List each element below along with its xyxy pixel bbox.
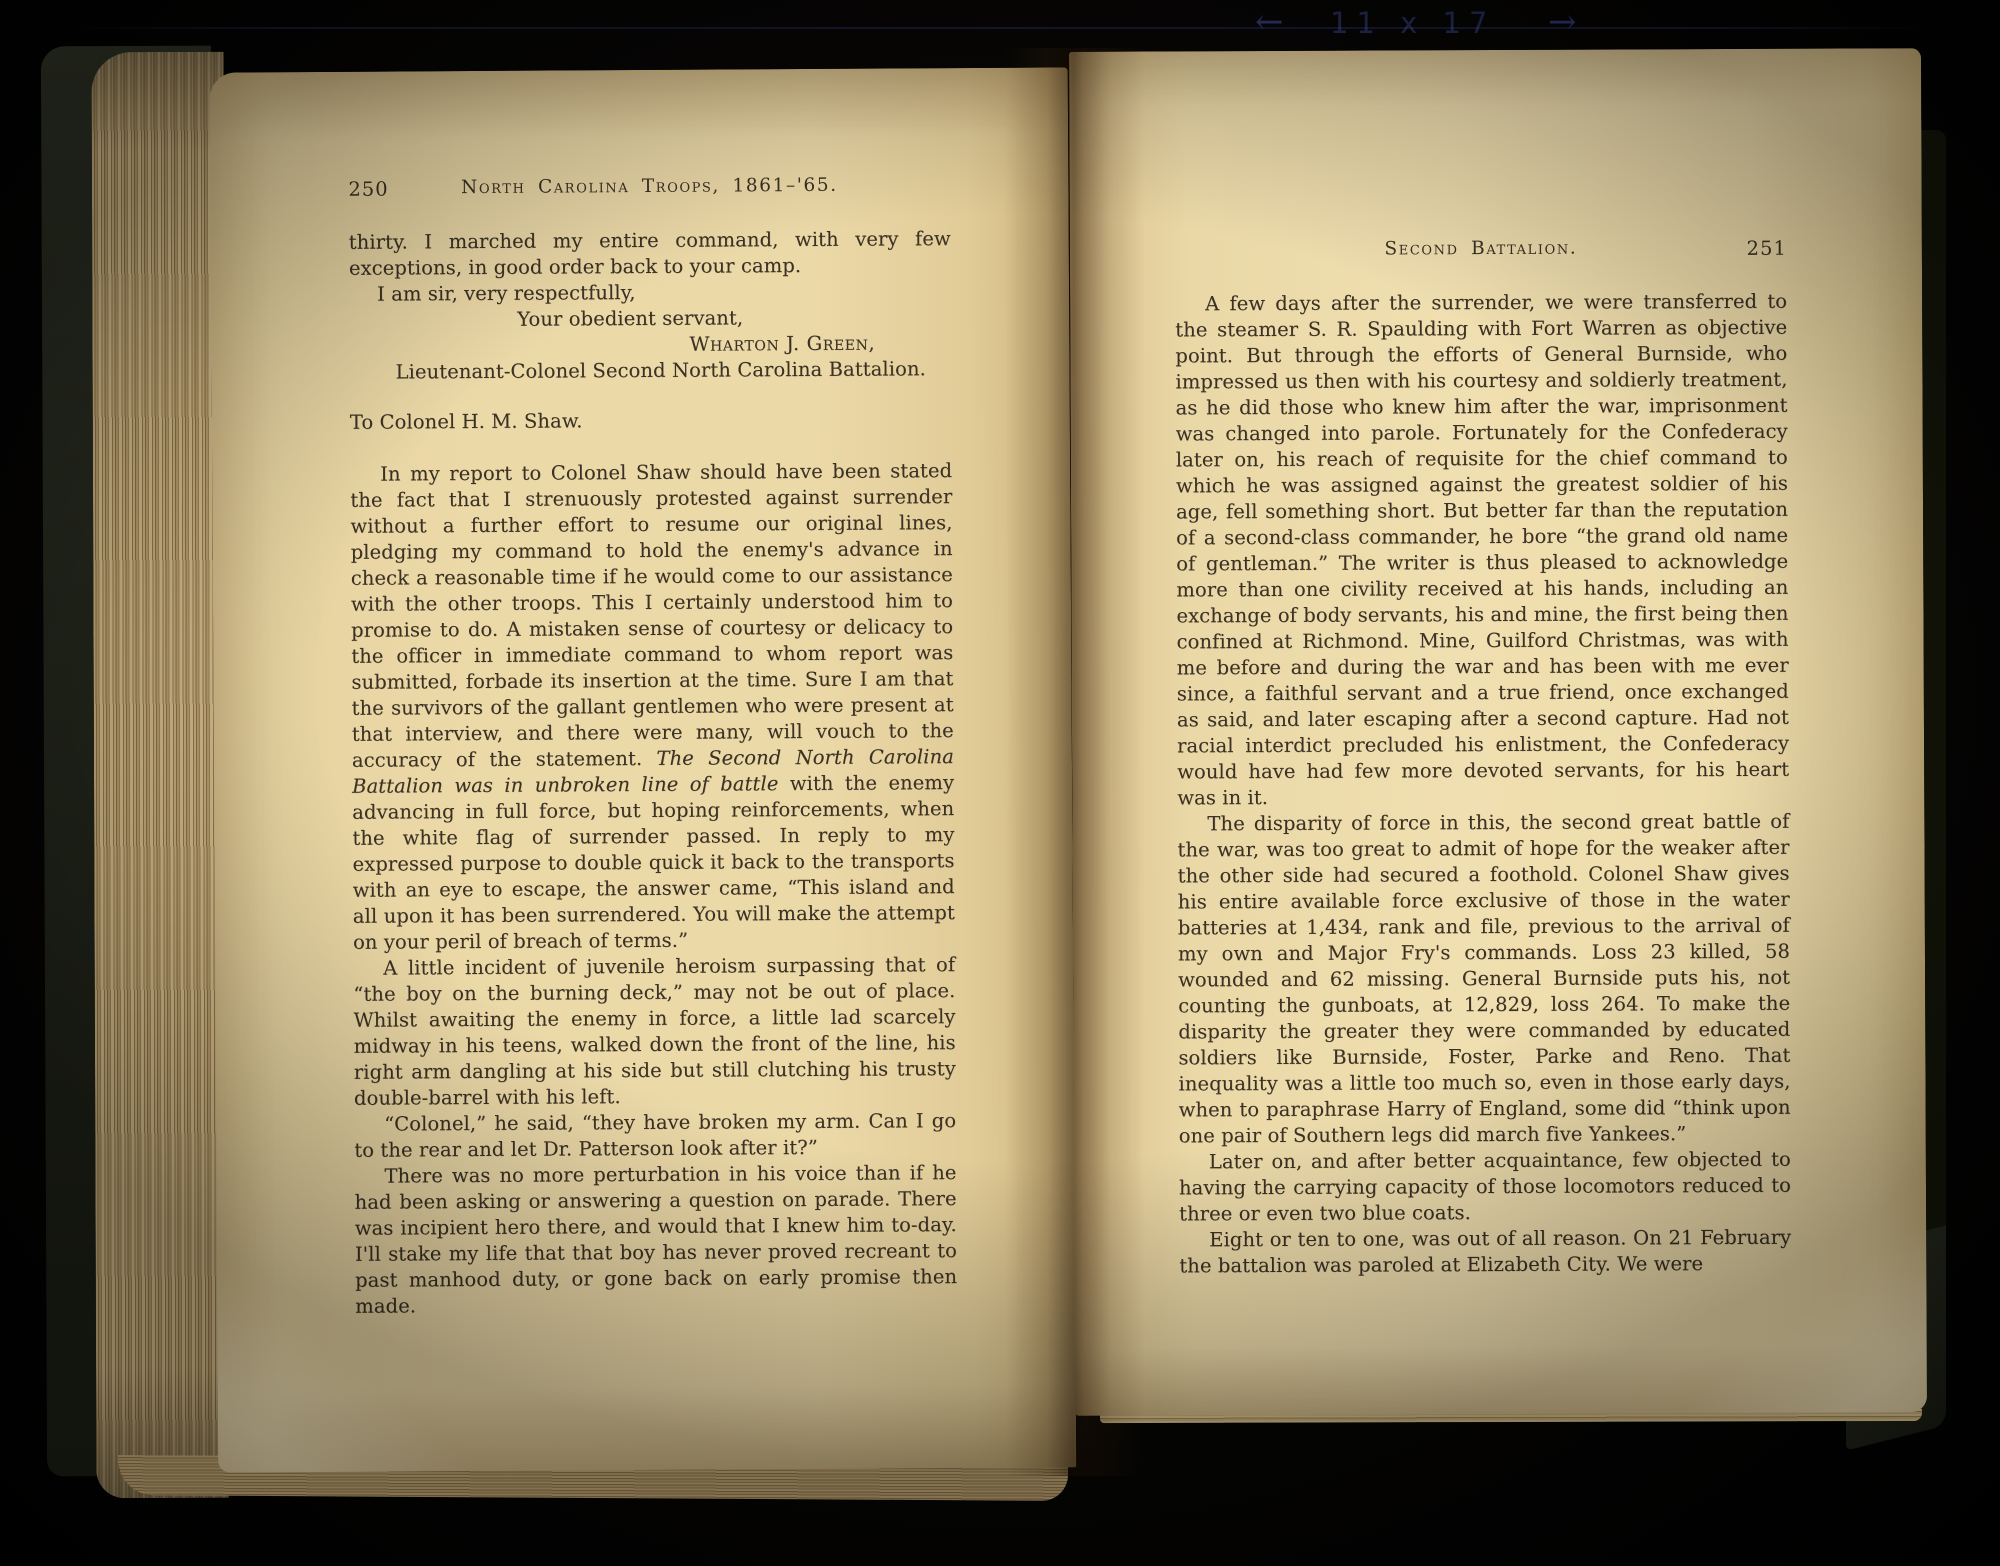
right-page-header: Second Battalion. 251	[1175, 237, 1787, 261]
ruler-line	[70, 27, 1930, 29]
paragraph-disparity: The disparity of force in this, the seco…	[1177, 809, 1790, 1150]
book-scan-photo: ← 11 x 17 → 250 North Carolina Troops, 1…	[0, 0, 2000, 1566]
arrow-left-icon: ←	[1255, 2, 1284, 42]
paragraph-later-on: Later on, and after better acquaintance,…	[1179, 1147, 1791, 1228]
left-page-text: thirty. I marched my entire command, wit…	[349, 226, 958, 1320]
right-page: Second Battalion. 251 A few days after t…	[1069, 48, 1927, 1416]
page-number-right: 251	[1747, 237, 1787, 260]
report-text-pre: In my report to Colonel Shaw should have…	[350, 459, 954, 772]
letter-closing-line: Your obedient servant,	[349, 304, 951, 334]
arrow-right-icon: →	[1548, 2, 1577, 42]
running-title-left: North Carolina Troops, 1861–'65.	[461, 175, 838, 198]
paragraph-surrender: A few days after the surrender, we were …	[1175, 289, 1789, 812]
paragraph-parole: Eight or ten to one, was out of all reas…	[1179, 1225, 1791, 1280]
paragraph-incident: A little incident of juvenile heroism su…	[353, 952, 956, 1112]
running-title-right: Second Battalion.	[1384, 238, 1577, 260]
left-page-header: 250 North Carolina Troops, 1861–'65.	[348, 174, 950, 199]
left-page: 250 North Carolina Troops, 1861–'65. thi…	[210, 67, 1077, 1472]
letter-signature: Wharton J. Green,	[349, 330, 951, 360]
right-page-text: A few days after the surrender, we were …	[1175, 289, 1791, 1280]
letter-addressee: To Colonel H. M. Shaw.	[350, 406, 952, 436]
page-number-left: 250	[348, 178, 388, 201]
page-edges-left	[91, 52, 228, 1498]
ruler-size-label: 11 x 17	[1330, 6, 1495, 40]
scanner-ruler: ← 11 x 17 →	[0, 0, 2000, 46]
letter-closing-line: I am sir, very respectfully,	[349, 278, 951, 308]
paragraph-continuation: thirty. I marched my entire command, wit…	[349, 226, 951, 282]
paragraph-perturbation: There was no more perturbation in his vo…	[354, 1160, 957, 1320]
paragraph-report: In my report to Colonel Shaw should have…	[350, 458, 955, 956]
report-text-post: with the enemy advancing in full force, …	[352, 771, 955, 954]
letter-signature-role: Lieutenant-Colonel Second North Carolina…	[349, 356, 951, 386]
paragraph-colonel-quote: “Colonel,” he said, “they have broken my…	[354, 1108, 956, 1164]
